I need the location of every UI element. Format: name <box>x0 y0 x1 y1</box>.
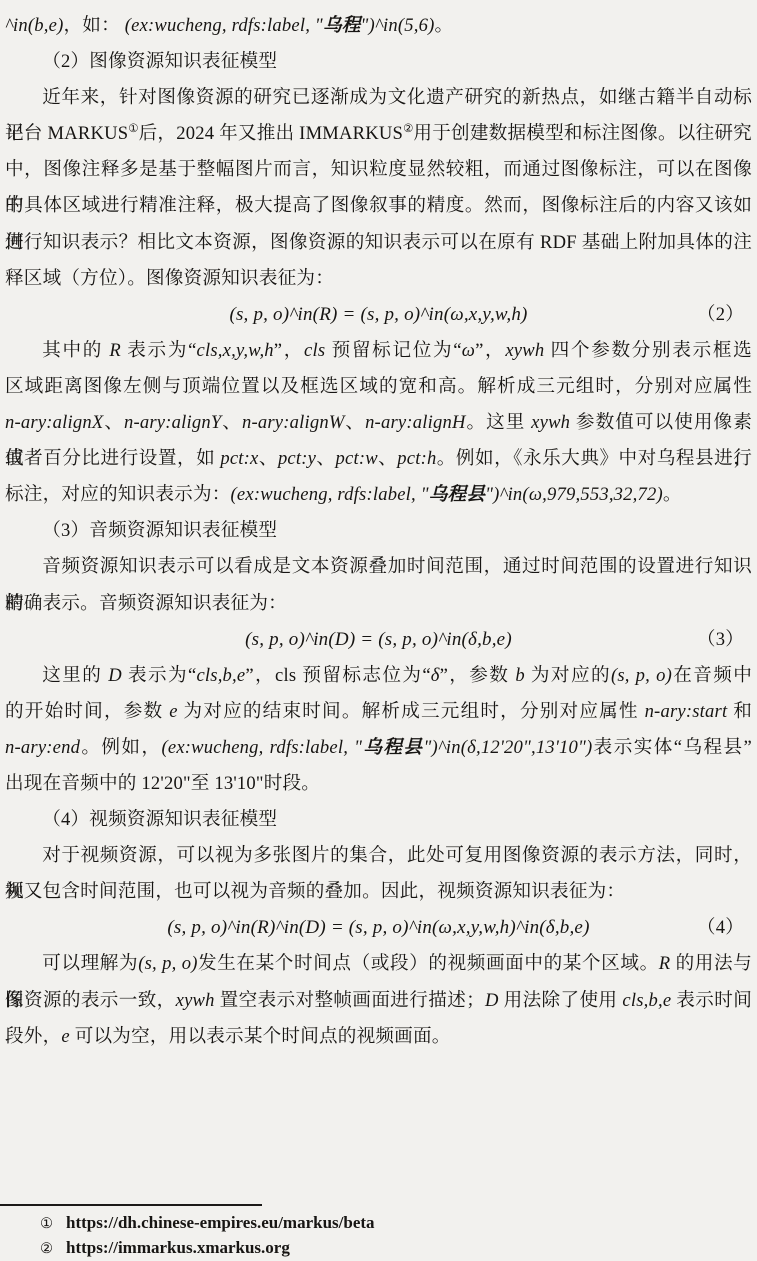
text-line: 释区域（方位）。图像资源知识表征为： <box>5 261 752 297</box>
text-segment: xywh <box>531 412 570 433</box>
text-line: 标注，对应的知识表示为：(ex:wucheng, rdfs:label, "乌程… <box>5 477 752 513</box>
text-segment: 。 <box>434 15 453 36</box>
text-segment: 像资源的表示一致， <box>5 990 176 1011</box>
text-segment: 为对应的结束时间。解析成三元组时，分别对应属性 <box>178 701 645 722</box>
text-segment: ”，cls 预留标志位为“ <box>245 665 430 686</box>
text-segment: n-ary:start <box>645 701 728 722</box>
text-segment: 标注，对应的知识表示为： <box>5 484 231 505</box>
text-segment: R <box>109 340 121 361</box>
text-segment: （2）图像资源知识表征模型 <box>42 51 277 72</box>
text-segment: 其中的 <box>42 340 109 361</box>
text-segment: n-ary:alignY <box>124 412 221 433</box>
text-segment: n-ary:alignW <box>242 412 345 433</box>
text-segment: 用法除了使用 <box>499 990 623 1011</box>
text-segment: D <box>108 665 122 686</box>
equation: (s, p, o)^in(R) = (s, p, o)^in(ω,x,y,w,h… <box>229 304 527 325</box>
text-line: 平台 MARKUS①后，2024 年又推出 IMMARKUS②用于创建数据模型和… <box>5 116 752 152</box>
section-heading: （2）图像资源知识表征模型 <box>5 44 752 80</box>
text-segment: 置空表示对整帧画面进行描述； <box>215 990 485 1011</box>
text-segment: ① <box>128 123 138 135</box>
text-segment: 预留标记位为“ <box>325 340 461 361</box>
text-line: n-ary:alignX、n-ary:alignY、n-ary:alignW、n… <box>5 405 752 441</box>
text-segment: ")^in(δ,12'20",13'10") <box>423 737 592 758</box>
article-body: ^in(b,e)，如： (ex:wucheng, rdfs:label, "乌程… <box>5 8 752 1055</box>
text-segment: e <box>169 701 177 722</box>
text-line: 的开始时间，参数 e 为对应的结束时间。解析成三元组时，分别对应属性 n-ary… <box>5 694 752 730</box>
text-line: 的具体区域进行精准注释，极大提高了图像叙事的精度。然而，图像标注后的内容又该如何 <box>5 188 752 224</box>
text-segment: 和 <box>727 701 752 722</box>
text-line: 精确表示。音频资源知识表征为： <box>5 586 752 622</box>
text-segment: 进行知识表示？相比文本资源，图像资源的知识表示可以在原有 RDF 基础上附加具体… <box>5 232 752 253</box>
text-segment: ”，参数 <box>440 665 516 686</box>
footnote-item: ① https://dh.chinese-empires.eu/markus/b… <box>0 1211 757 1236</box>
text-segment: 表示实体“乌程县” <box>592 737 752 758</box>
text-segment: (ex:wucheng, rdfs:label, " <box>125 15 323 36</box>
text-segment: n-ary:alignX <box>5 412 103 433</box>
text-segment: δ <box>431 665 440 686</box>
text-segment: 平台 MARKUS <box>5 123 128 144</box>
text-segment: cls <box>304 340 325 361</box>
footnote-marker: ② <box>40 1237 53 1261</box>
text-line: n-ary:end。例如，(ex:wucheng, rdfs:label, "乌… <box>5 730 752 766</box>
text-segment: 、 <box>221 412 242 433</box>
text-segment: 可以理解为 <box>42 953 138 974</box>
text-line: 像资源的表示一致，xywh 置空表示对整帧画面进行描述；D 用法除了使用 cls… <box>5 983 752 1019</box>
text-segment: 段外， <box>5 1026 61 1047</box>
footnote-marker: ① <box>40 1212 53 1237</box>
text-segment: 频又包含时间范围，也可以视为音频的叠加。因此，视频资源知识表征为： <box>5 881 625 902</box>
text-segment: ^in(b,e) <box>5 15 64 36</box>
text-segment: 的开始时间，参数 <box>5 701 169 722</box>
text-segment: 这里的 <box>42 665 108 686</box>
text-segment: 为对应的 <box>525 665 611 686</box>
text-segment: pct:w <box>336 448 378 469</box>
text-segment: 。这里 <box>466 412 532 433</box>
text-segment: R <box>659 953 671 974</box>
text-segment: pct:h <box>397 448 436 469</box>
formula-line: (s, p, o)^in(R)^in(D) = (s, p, o)^in(ω,x… <box>5 910 752 946</box>
text-segment: cls,x,y,w,h <box>197 340 274 361</box>
text-line: 对于视频资源，可以视为多张图片的集合，此处可复用图像资源的表示方法，同时，视 <box>5 838 752 874</box>
footnote-divider <box>0 1204 262 1206</box>
formula-line: (s, p, o)^in(D) = (s, p, o)^in(δ,b,e)（3） <box>5 622 752 658</box>
section-heading: （3）音频资源知识表征模型 <box>5 513 752 549</box>
text-line: 音频资源知识表示可以看成是文本资源叠加时间范围，通过时间范围的设置进行知识的 <box>5 549 752 585</box>
text-line: 其中的 R 表示为“cls,x,y,w,h”，cls 预留标记位为“ω”，xyw… <box>5 333 752 369</box>
text-line: 中，图像注释多是基于整幅图片而言，知识粒度显然较粗，而通过图像标注，可以在图像中 <box>5 152 752 188</box>
text-segment: 四个参数分别表示框选 <box>544 340 752 361</box>
formula-line: (s, p, o)^in(R) = (s, p, o)^in(ω,x,y,w,h… <box>5 297 752 333</box>
text-segment: b <box>515 665 525 686</box>
text-line: 频又包含时间范围，也可以视为音频的叠加。因此，视频资源知识表征为： <box>5 874 752 910</box>
text-segment: 表示为“ <box>122 665 197 686</box>
text-segment: pct:x <box>220 448 258 469</box>
equation: (s, p, o)^in(R)^in(D) = (s, p, o)^in(ω,x… <box>167 917 589 938</box>
text-line: 这里的 D 表示为“cls,b,e”，cls 预留标志位为“δ”，参数 b 为对… <box>5 658 752 694</box>
text-segment: 表示时间 <box>671 990 752 1011</box>
text-segment: (s, p, o) <box>611 665 672 686</box>
text-segment: n-ary:end <box>5 737 80 758</box>
text-line: ^in(b,e)，如： (ex:wucheng, rdfs:label, "乌程… <box>5 8 752 44</box>
text-segment: 区域距离图像左侧与顶端位置以及框选区域的宽和高。解析成三元组时，分别对应属性 <box>5 376 752 397</box>
text-segment: D <box>485 990 499 1011</box>
text-segment: 在音频中 <box>672 665 752 686</box>
text-segment: 。例如，《永乐大典》中对乌程县进行 <box>436 448 752 469</box>
text-segment: e <box>61 1026 69 1047</box>
text-segment: 、 <box>316 448 335 469</box>
text-segment: ")^in(5,6) <box>361 15 435 36</box>
text-line: 出现在音频中的 12'20"至 13'10"时段。 <box>5 766 752 802</box>
text-segment: 表示为“ <box>121 340 197 361</box>
text-segment: ω <box>462 340 475 361</box>
text-segment: (s, p, o) <box>138 953 197 974</box>
text-segment: ”， <box>274 340 304 361</box>
equation-number: （3） <box>697 622 744 658</box>
text-segment: xywh <box>505 340 544 361</box>
text-segment: 用于创建数据模型和标注图像。以往研究 <box>413 123 752 144</box>
text-segment: 可以为空，用以表示某个时间点的视频画面。 <box>70 1026 451 1047</box>
text-segment: 或者百分比进行设置，如 <box>5 448 220 469</box>
footnote-item: ② https://immarkus.xmarkus.org <box>0 1236 757 1261</box>
equation: (s, p, o)^in(D) = (s, p, o)^in(δ,b,e) <box>245 629 512 650</box>
text-segment: ② <box>403 123 413 135</box>
text-segment: （3）音频资源知识表征模型 <box>42 520 277 541</box>
text-line: 进行知识表示？相比文本资源，图像资源的知识表示可以在原有 RDF 基础上附加具体… <box>5 225 752 261</box>
text-segment: ”， <box>475 340 505 361</box>
text-segment: xywh <box>176 990 215 1011</box>
text-segment: cls,b,e <box>622 990 671 1011</box>
text-segment: (ex:wucheng, rdfs:label, " <box>161 737 362 758</box>
text-line: 区域距离图像左侧与顶端位置以及框选区域的宽和高。解析成三元组时，分别对应属性 <box>5 369 752 405</box>
text-segment: （4）视频资源知识表征模型 <box>42 809 277 830</box>
text-segment: 、 <box>378 448 397 469</box>
text-segment: (ex:wucheng, rdfs:label, " <box>231 484 429 505</box>
footnote-area: ① https://dh.chinese-empires.eu/markus/b… <box>0 1204 757 1260</box>
text-segment: ")^in(ω,979,553,32,72) <box>485 484 663 505</box>
text-line: 可以理解为(s, p, o)发生在某个时间点（或段）的视频画面中的某个区域。R … <box>5 946 752 982</box>
text-segment: 出现在音频中的 12'20"至 13'10"时段。 <box>5 773 320 794</box>
text-segment: 、 <box>103 412 124 433</box>
text-segment: cls,b,e <box>196 665 245 686</box>
text-segment: 。例如， <box>80 737 161 758</box>
text-segment: 、 <box>345 412 366 433</box>
section-heading: （4）视频资源知识表征模型 <box>5 802 752 838</box>
footnote-url: https://dh.chinese-empires.eu/markus/bet… <box>66 1211 375 1236</box>
text-segment: pct:y <box>278 448 316 469</box>
text-segment: 乌程县 <box>429 484 485 505</box>
text-segment: 乌程县 <box>362 737 423 758</box>
text-segment: n-ary:alignH <box>365 412 466 433</box>
equation-number: （2） <box>697 297 744 333</box>
text-line: 近年来，针对图像资源的研究已逐渐成为文化遗产研究的新热点，如继古籍半自动标记 <box>5 80 752 116</box>
text-segment: 后，2024 年又推出 IMMARKUS <box>139 123 403 144</box>
footnote-url: https://immarkus.xmarkus.org <box>66 1236 290 1261</box>
text-line: 段外，e 可以为空，用以表示某个时间点的视频画面。 <box>5 1019 752 1055</box>
text-segment: 精确表示。音频资源知识表征为： <box>5 593 287 614</box>
text-line: 或者百分比进行设置，如 pct:x、pct:y、pct:w、pct:h。例如，《… <box>5 441 752 477</box>
text-segment: 、 <box>259 448 278 469</box>
text-segment: 发生在某个时间点（或段）的视频画面中的某个区域。 <box>198 953 659 974</box>
text-segment: 。 <box>663 484 682 505</box>
equation-number: （4） <box>697 910 744 946</box>
text-segment: 乌程 <box>323 15 361 36</box>
text-segment: 释区域（方位）。图像资源知识表征为： <box>5 268 334 289</box>
text-segment: ，如： <box>64 15 125 36</box>
